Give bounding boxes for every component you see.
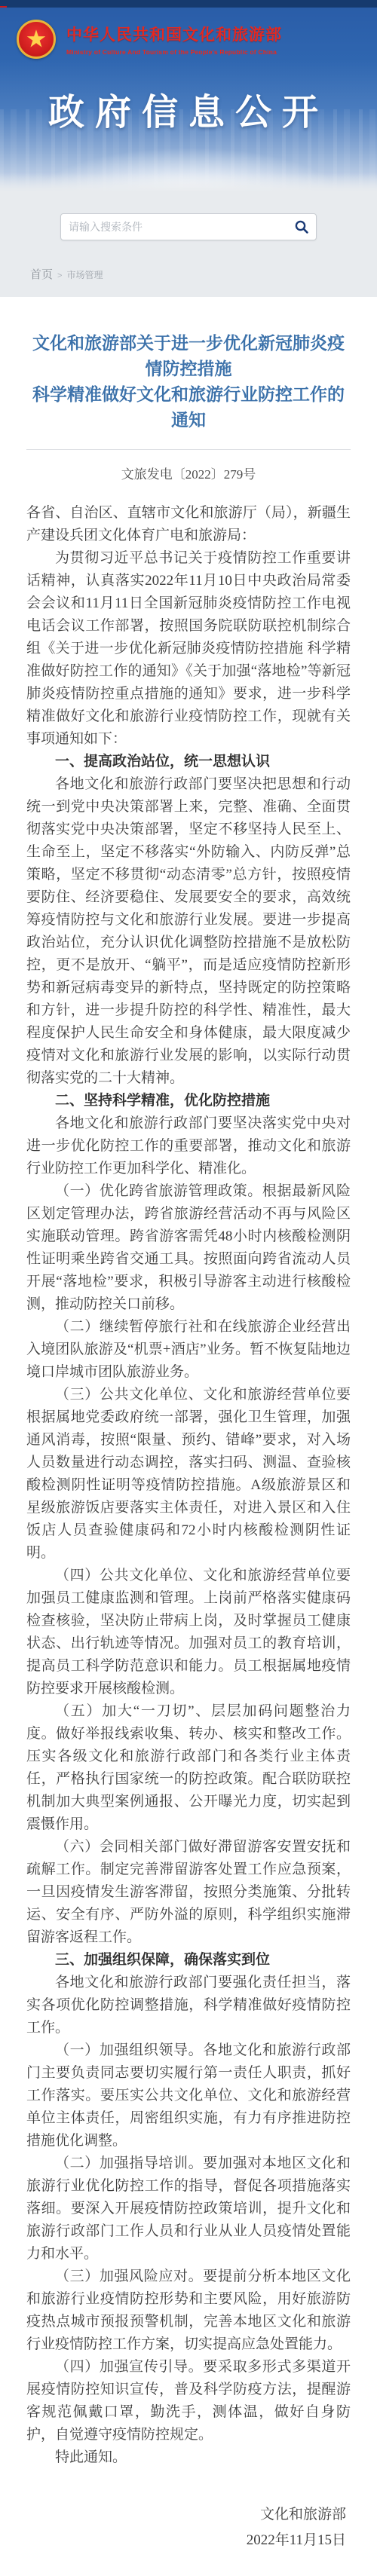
bottom-padding [26,2553,351,2576]
doc-paragraph: （一）优化跨省旅游管理政策。根据最新风险区划定管理办法，跨省旅游经营活动不再与风… [26,1180,351,1316]
doc-paragraph: （五）加大“一刀切”、层层加码问题整治力度。做好举报线索收集、转办、核实和整改工… [26,1700,351,1836]
signature-date: 2022年11月15日 [26,2528,346,2553]
doc-paragraph: 特此通知。 [26,2446,351,2469]
doc-paragraph: （六）会同相关部门做好滞留游客安置安抚和疏解工作。制定完善滞留游客处置工作应急预… [26,1836,351,1949]
document-title: 文化和旅游部关于进一步优化新冠肺炎疫情防控措施 科学精准做好文化和旅游行业防控工… [26,330,351,433]
search-icon [295,220,308,234]
doc-paragraph: （二）继续暂停旅行社和在线旅游企业经营出入境团队旅游及“机票+酒店”业务。暂不恢… [26,1316,351,1384]
doc-paragraph: 各地文化和旅游行政部门要强化责任担当，落实各项优化防控调整措施，科学精准做好疫情… [26,1972,351,2039]
search-button[interactable] [292,220,316,234]
search-box [60,213,317,240]
ministry-name-cn: 中华人民共和国文化和旅游部 [66,23,282,45]
breadcrumb-section-link[interactable]: 市场管理 [66,270,103,280]
china-national-emblem-icon: ★ [17,20,56,59]
doc-paragraph: （三）公共文化单位、文化和旅游经营单位要根据属地党委政府统一部署，强化卫生管理，… [26,1384,351,1565]
signature-issuer: 文化和旅游部 [26,2502,346,2528]
signature-block: 文化和旅游部 2022年11月15日 [26,2502,351,2553]
site-banner: ★ 中华人民共和国文化和旅游部 Ministry of Culture And … [0,8,377,192]
search-section: 首页>市场管理 [0,192,377,297]
breadcrumb-separator: > [57,271,62,280]
document-title-line2: 科学精准做好文化和旅游行业防控工作的通知 [26,381,351,433]
doc-body: 各省、自治区、直辖市文化和旅游厅（局），新疆生产建设兵团文化体育广电和旅游局：为… [26,502,351,2469]
breadcrumb: 首页>市场管理 [30,266,377,282]
doc-paragraph: 为贯彻习近平总书记关于疫情防控工作重要讲话精神，认真落实2022年11月10日中… [26,547,351,751]
top-navy-bar [0,0,377,8]
breadcrumb-home-link[interactable]: 首页 [30,268,53,281]
page: ★ 中华人民共和国文化和旅游部 Ministry of Culture And … [0,0,377,2576]
page-title: 政府信息公开 [0,83,377,135]
ministry-name-en: Ministry of Culture And Tourism of the P… [66,48,282,56]
title-divider [26,449,351,450]
search-input[interactable] [61,221,292,233]
doc-paragraph: 各地文化和旅游行政部门要坚决落实党中央对进一步优化防控工作的重要部署，推动文化和… [26,1112,351,1180]
doc-paragraph: （四）公共文化单位、文化和旅游经营单位要加强员工健康监测和管理。上岗前严格落实健… [26,1565,351,1700]
doc-paragraph: 各省、自治区、直辖市文化和旅游厅（局），新疆生产建设兵团文化体育广电和旅游局： [26,502,351,547]
brand-row: ★ 中华人民共和国文化和旅游部 Ministry of Culture And … [0,8,377,59]
star-icon: ★ [26,29,46,49]
doc-paragraph: （二）加强指导培训。要加强对本地区文化和旅游行业优化防控工作的指导，督促各项措施… [26,2152,351,2265]
document-title-line1: 文化和旅游部关于进一步优化新冠肺炎疫情防控措施 [26,330,351,381]
section-heading: 二、坚持科学精准，优化防控措施 [26,1090,351,1112]
section-heading: 一、提高政治站位，统一思想认识 [26,751,351,773]
doc-paragraph: （一）加强组织领导。各地文化和旅游行政部门主要负责同志要切实履行第一责任人职责，… [26,2039,351,2152]
document-area: 文化和旅游部关于进一步优化新冠肺炎疫情防控措施 科学精准做好文化和旅游行业防控工… [0,297,377,2576]
doc-paragraph: 各地文化和旅游行政部门要坚决把思想和行动统一到党中央决策部署上来，完整、准确、全… [26,773,351,1090]
brand-text: 中华人民共和国文化和旅游部 Ministry of Culture And To… [66,23,282,56]
document-number: 文旅发电〔2022〕279号 [26,463,351,482]
doc-paragraph: （四）加强宣传引导。要采取多形式多渠道开展疫情防控知识宣传，普及科学防疫方法，提… [26,2356,351,2446]
section-heading: 三、加强组织保障，确保落实到位 [26,1949,351,1972]
doc-paragraph: （三）加强风险应对。要提前分析本地区文化和旅游行业疫情防控形势和主要风险，用好旅… [26,2265,351,2356]
